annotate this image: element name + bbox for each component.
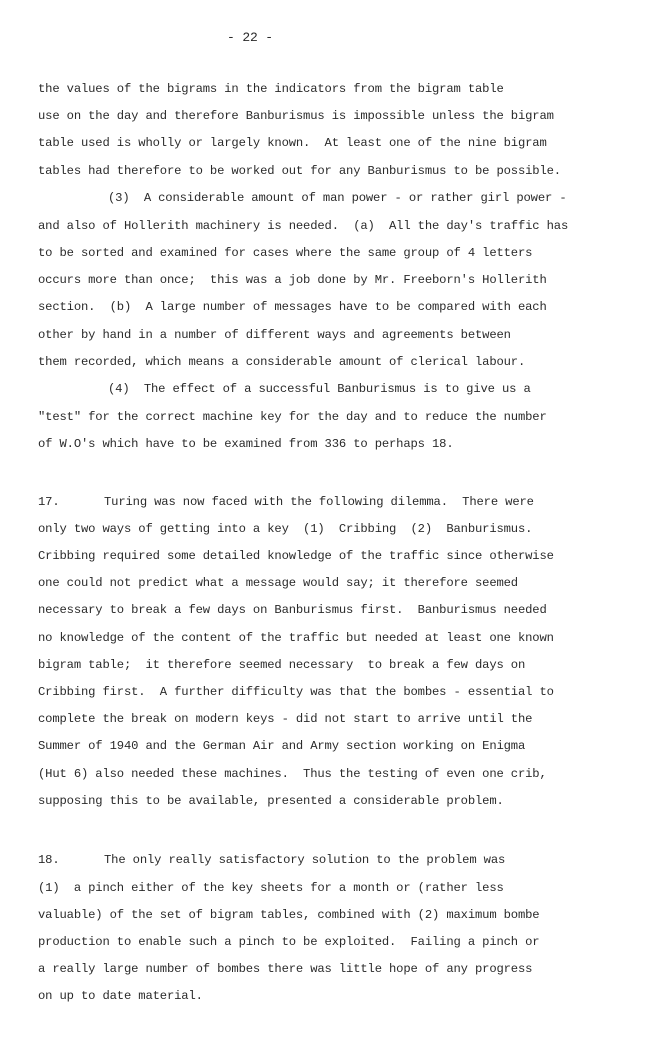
text-line: production to enable such a pinch to be … [38, 934, 539, 950]
text-line: other by hand in a number of different w… [38, 327, 511, 343]
text-line: "test" for the correct machine key for t… [38, 409, 547, 425]
text-line: occurs more than once; this was a job do… [38, 272, 547, 288]
document-page: - 22 - the values of the bigrams in the … [0, 0, 650, 1054]
text-line: (3) A considerable amount of man power -… [108, 190, 566, 206]
text-line: section. (b) A large number of messages … [38, 299, 547, 315]
text-line: no knowledge of the content of the traff… [38, 630, 554, 646]
text-line: (4) The effect of a successful Banburism… [108, 381, 531, 397]
text-line: (1) a pinch either of the key sheets for… [38, 880, 504, 896]
text-line: table used is wholly or largely known. A… [38, 135, 547, 151]
text-line: only two ways of getting into a key (1) … [38, 521, 532, 537]
text-line: tables had therefore to be worked out fo… [38, 163, 561, 179]
text-line: Cribbing first. A further difficulty was… [38, 684, 554, 700]
text-line: necessary to break a few days on Banburi… [38, 602, 547, 618]
text-line: on up to date material. [38, 988, 203, 1004]
text-line: Turing was now faced with the following … [104, 494, 534, 510]
paragraph-number: 18. [38, 852, 60, 868]
text-line: valuable) of the set of bigram tables, c… [38, 907, 539, 923]
text-line: use on the day and therefore Banburismus… [38, 108, 554, 124]
paragraph-number: 17. [38, 494, 60, 510]
page-number: - 22 - [0, 30, 650, 45]
text-line: The only really satisfactory solution to… [104, 852, 505, 868]
text-line: them recorded, which means a considerabl… [38, 354, 525, 370]
text-line: of W.O's which have to be examined from … [38, 436, 454, 452]
text-line: to be sorted and examined for cases wher… [38, 245, 532, 261]
text-line: Summer of 1940 and the German Air and Ar… [38, 738, 525, 754]
text-line: the values of the bigrams in the indicat… [38, 81, 504, 97]
text-line: complete the break on modern keys - did … [38, 711, 532, 727]
text-line: a really large number of bombes there wa… [38, 961, 532, 977]
text-line: Cribbing required some detailed knowledg… [38, 548, 554, 564]
text-line: and also of Hollerith machinery is neede… [38, 218, 568, 234]
text-line: supposing this to be available, presente… [38, 793, 504, 809]
text-line: bigram table; it therefore seemed necess… [38, 657, 525, 673]
text-line: (Hut 6) also needed these machines. Thus… [38, 766, 547, 782]
text-line: one could not predict what a message wou… [38, 575, 518, 591]
